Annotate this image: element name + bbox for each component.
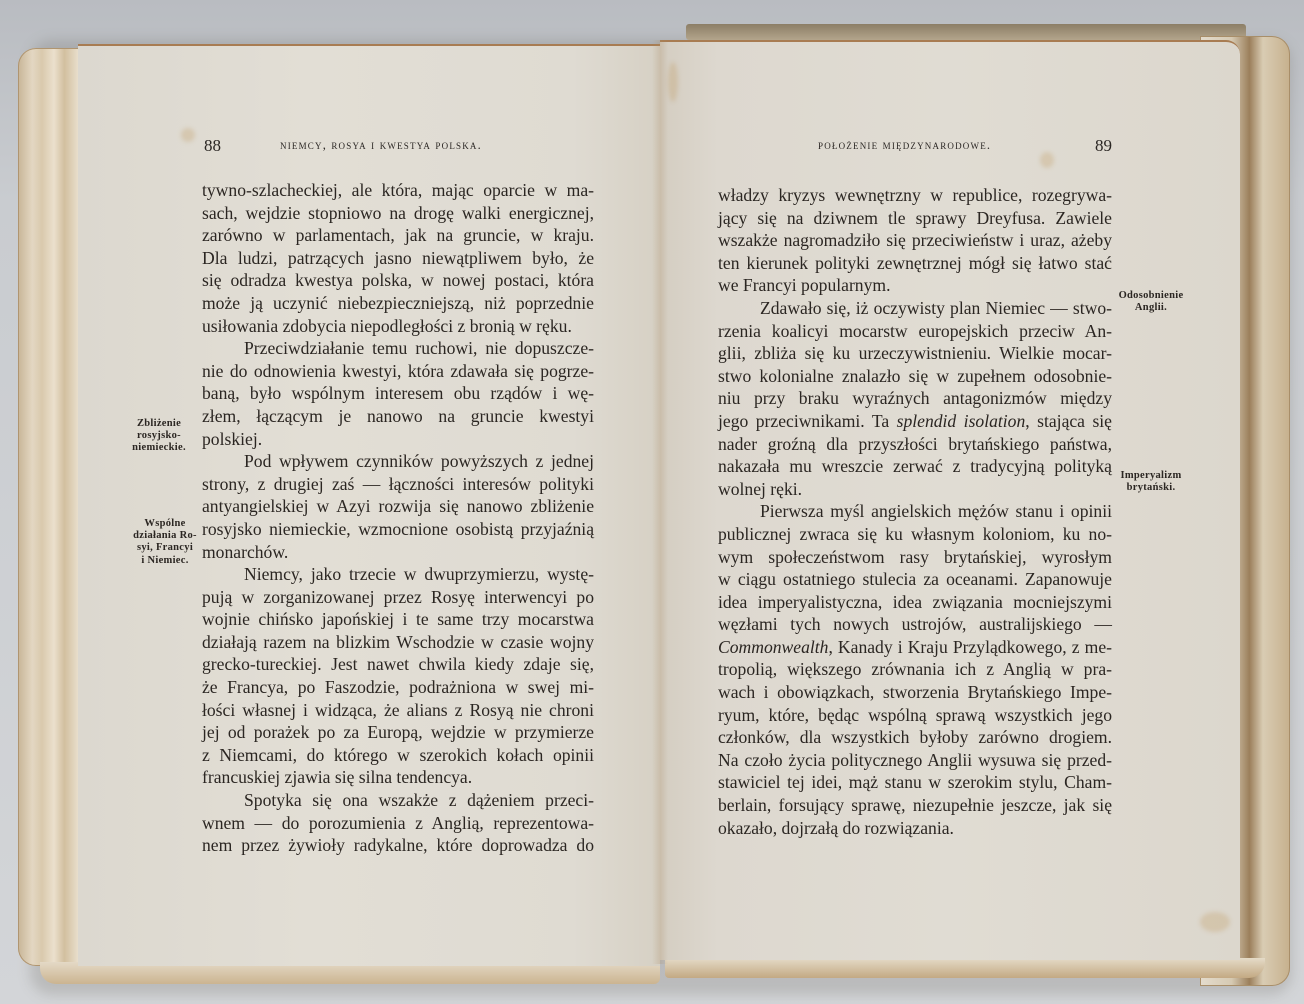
text-line: wnem — do porozumienia z Anglią, repreze…: [202, 812, 594, 835]
right-bottom-edge: [665, 958, 1265, 978]
text-line: wolnej ręki.: [718, 478, 1112, 501]
running-head-right: POŁOŻENIE MIĘDZYNARODOWE.: [818, 138, 991, 153]
text-line: się odradza kwestya polska, w nowej post…: [202, 269, 594, 292]
text-line: Pierwsza myśl angielskich mężów stanu i …: [718, 500, 1112, 523]
text-line: tropolią, większego zrównania ich z Angl…: [718, 658, 1112, 681]
margin-note-wspolne-dzialania: Wspólne działania Ro- syi, Francyi i Nie…: [126, 518, 204, 567]
text-line: ryum, które, będąc wspólną sprawą wszyst…: [718, 704, 1112, 727]
text-line: zarówno w parlamentach, jak na gruncie, …: [202, 224, 594, 247]
text-line: rosyjsko niemieckie, wzmocnione osobistą…: [202, 518, 594, 541]
book-gutter: [652, 40, 668, 964]
paper-stain: [181, 128, 195, 142]
text-line: berlain, forsujący sprawę, niezupełnie j…: [718, 794, 1112, 817]
italic-phrase: Commonwealth: [718, 637, 828, 657]
text-line: jego przeciwnikami. Ta splendid isolatio…: [718, 410, 1112, 433]
text-line: z Niemcami, do którego w szerokich kołac…: [202, 744, 594, 767]
text-line: Dla ludzi, patrzących jasno niewątpliwem…: [202, 247, 594, 270]
text-line: Na czoło życia politycznego Anglii wysuw…: [718, 749, 1112, 772]
text-line: francuskiej zjawia się silna tendencya.: [202, 766, 594, 789]
page-number-right: 89: [1095, 136, 1112, 156]
text-line: wym społeczeństwom rasy brytańskiej, wyr…: [718, 546, 1112, 569]
text-line: okazało, dojrzałą do rozwiązania.: [718, 817, 1112, 840]
margin-note-zblizenie: Zbliżenie rosyjsko- niemieckie.: [120, 418, 198, 455]
margin-note-odosobnienie: Odosobnienie Anglii.: [1113, 290, 1189, 314]
text-line: pują w zorganizowanej przez Rosyę interw…: [202, 586, 594, 609]
running-head-left: NIEMCY, ROSYA I KWESTYA POLSKA.: [280, 138, 482, 153]
text-line: publicznej zwraca się ku własnym kolonio…: [718, 523, 1112, 546]
paper-stain: [668, 62, 678, 102]
text-line: jej od porażek po za Europą, wejdzie w p…: [202, 721, 594, 744]
italic-phrase: splendid isolation: [897, 411, 1026, 431]
paper-stain: [1040, 152, 1054, 168]
margin-note-imperyalizm: Imperyalizm brytański.: [1113, 470, 1189, 494]
text-line: działają razem na blizkim Wschodzie w cz…: [202, 631, 594, 654]
text-line: ten kierunek polityki zewnętrznej mógł s…: [718, 252, 1112, 275]
text-line: niu przy braku wyraźnych antagonizmów mi…: [718, 387, 1112, 410]
text-line: Przeciwdziałanie temu ruchowi, nie dopus…: [202, 337, 594, 360]
text-line: nader groźną dla przyszłości brytańskieg…: [718, 433, 1112, 456]
text-line: jący się na dziwnem tle sprawy Dreyfusa.…: [718, 207, 1112, 230]
text-line: stawiciel tej idei, mąż stanu w szerokim…: [718, 771, 1112, 794]
text-line: nem przez żywioły radykalne, które dopro…: [202, 834, 594, 857]
text-line: nakazała mu wreszcie zerwać z tradycyjną…: [718, 455, 1112, 478]
page-number-left: 88: [204, 136, 221, 156]
text-line: wojnie chińsko japońskiej i te same trzy…: [202, 608, 594, 631]
text-line: strony, z drugiej zaś — łączności intere…: [202, 473, 594, 496]
text-line: baną, było wspólnym interesem obu rządów…: [202, 382, 594, 405]
text-line: glii, zbliża się ku urzeczywistnieniu. W…: [718, 342, 1112, 365]
text-line: w ciągu ostatniego stulecia za oceanami.…: [718, 568, 1112, 591]
text-line: łości własnej i widząca, że alians z Ros…: [202, 699, 594, 722]
text-line: grecko-tureckiej. Jest nawet chwila kied…: [202, 653, 594, 676]
book-cover-edge: [686, 24, 1246, 40]
text-line: rzenia koalicyi mocarstw europejskich pr…: [718, 320, 1112, 343]
text-line: nie do odnowienia kwestyi, która zdawała…: [202, 360, 594, 383]
text-line: wach i obowiązkach, stworzenia Brytański…: [718, 681, 1112, 704]
left-page-body: tywno-szlacheckiej, ale która, mając opa…: [202, 179, 594, 857]
text-line: usiłowania zdobycia niepodległości z bro…: [202, 315, 594, 338]
text-line: stwo kolonialne znalazło się w zupełnem …: [718, 365, 1112, 388]
text-line: Pod wpływem czynników powyższych z jedne…: [202, 450, 594, 473]
text-line: polskiej.: [202, 428, 594, 451]
text-line: antyangielskiej w Azyi rozwija się nanow…: [202, 495, 594, 518]
text-line: władzy kryzys wewnętrzny w republice, ro…: [718, 184, 1112, 207]
text-line: Spotyka się ona wszakże z dążeniem przec…: [202, 789, 594, 812]
text-line: członków, dla wszystkich byłoby zarówno …: [718, 726, 1112, 749]
text-line: węzłami tych nowych ustrojów, australijs…: [718, 613, 1112, 636]
text-line: że Francya, po Faszodzie, podrażniona w …: [202, 676, 594, 699]
text-line: Zdawało się, iż oczywisty plan Niemiec —…: [718, 297, 1112, 320]
right-page-body: władzy kryzys wewnętrzny w republice, ro…: [718, 184, 1112, 839]
text-line: może ją uczynić niebezpieczniejszą, niż …: [202, 292, 594, 315]
text-line: tywno-szlacheckiej, ale która, mając opa…: [202, 179, 594, 202]
text-line: we Francyi popularnym.: [718, 274, 1112, 297]
text-line: wszakże nagromadziło się przeciwieństw i…: [718, 229, 1112, 252]
text-line: monarchów.: [202, 541, 594, 564]
paper-stain: [1200, 912, 1230, 932]
text-line: idea imperyalistyczna, idea związania mo…: [718, 591, 1112, 614]
text-line: złem, łączącym je nanowo na gruncie kwes…: [202, 405, 594, 428]
text-line: Niemcy, jako trzecie w dwuprzymierzu, wy…: [202, 563, 594, 586]
text-line: Commonwealth, Kanady i Kraju Przylądkowe…: [718, 636, 1112, 659]
text-line: sach, wejdzie stopniowo na drogę walki e…: [202, 202, 594, 225]
